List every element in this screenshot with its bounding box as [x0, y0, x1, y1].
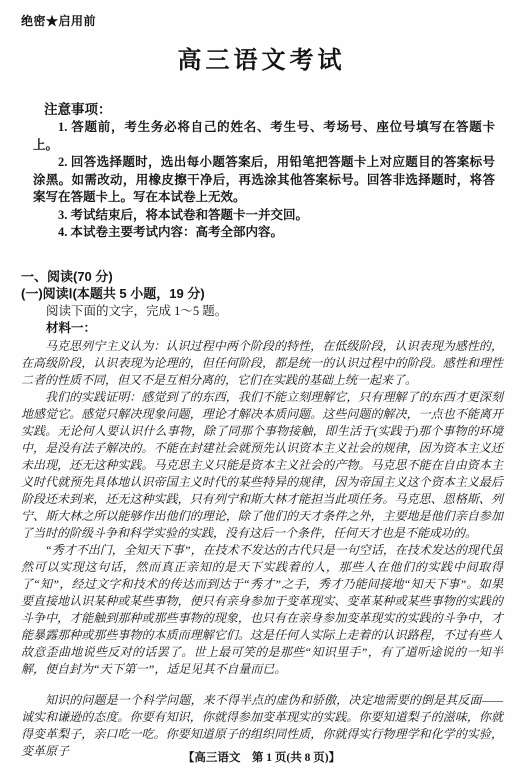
page-footer: 【高三语文 第 1 页(共 8 页)】 — [0, 749, 523, 765]
classification-label: 绝密★启用前 — [21, 12, 96, 29]
notice-section: 注意事项： 1. 答题前，考生务必将自己的姓名、考生号、考场号、座位号填写在答题… — [33, 101, 495, 242]
notice-heading: 注意事项： — [33, 101, 495, 119]
passage-paragraph: 马克思列宁主义认为：认识过程中两个阶段的特性，在低级阶段，认识表现为感性的，在高… — [21, 338, 503, 389]
notice-item: 1. 答题前，考生务必将自己的姓名、考生号、考场号、座位号填写在答题卡上。 — [33, 119, 495, 154]
notice-item: 4. 本试卷主要考试内容：高考全部内容。 — [33, 224, 495, 242]
reading-instruction: 阅读下面的文字，完成 1～5 题。 — [21, 303, 503, 321]
subsection-heading: (一)阅读Ⅰ(本题共 5 小题，19 分) — [21, 285, 503, 303]
section-heading: 一、阅读(70 分) — [21, 268, 503, 286]
notice-item: 2. 回答选择题时，选出每小题答案后，用铅笔把答题卡上对应题目的答案标号涂黑。如… — [33, 154, 495, 207]
notice-item: 3. 考试结束后，将本试卷和答题卡一并交回。 — [33, 207, 495, 225]
passage-paragraph: 我们的实践证明：感觉到了的东西，我们不能立刻理解它，只有理解了的东西才更深刻地感… — [21, 389, 503, 542]
reading-passage: 马克思列宁主义认为：认识过程中两个阶段的特性，在低级阶段，认识表现为感性的，在高… — [21, 338, 503, 760]
material-label: 材料一： — [21, 320, 503, 338]
passage-paragraph: “秀才不出门，全知天下事”，在技术不发达的古代只是一句空话，在技术发达的现代虽然… — [21, 542, 503, 678]
exam-paper-page: 绝密★启用前 高三语文考试 注意事项： 1. 答题前，考生务必将自己的姓名、考生… — [0, 0, 523, 770]
exam-body: 一、阅读(70 分) (一)阅读Ⅰ(本题共 5 小题，19 分) 阅读下面的文字… — [21, 268, 503, 760]
